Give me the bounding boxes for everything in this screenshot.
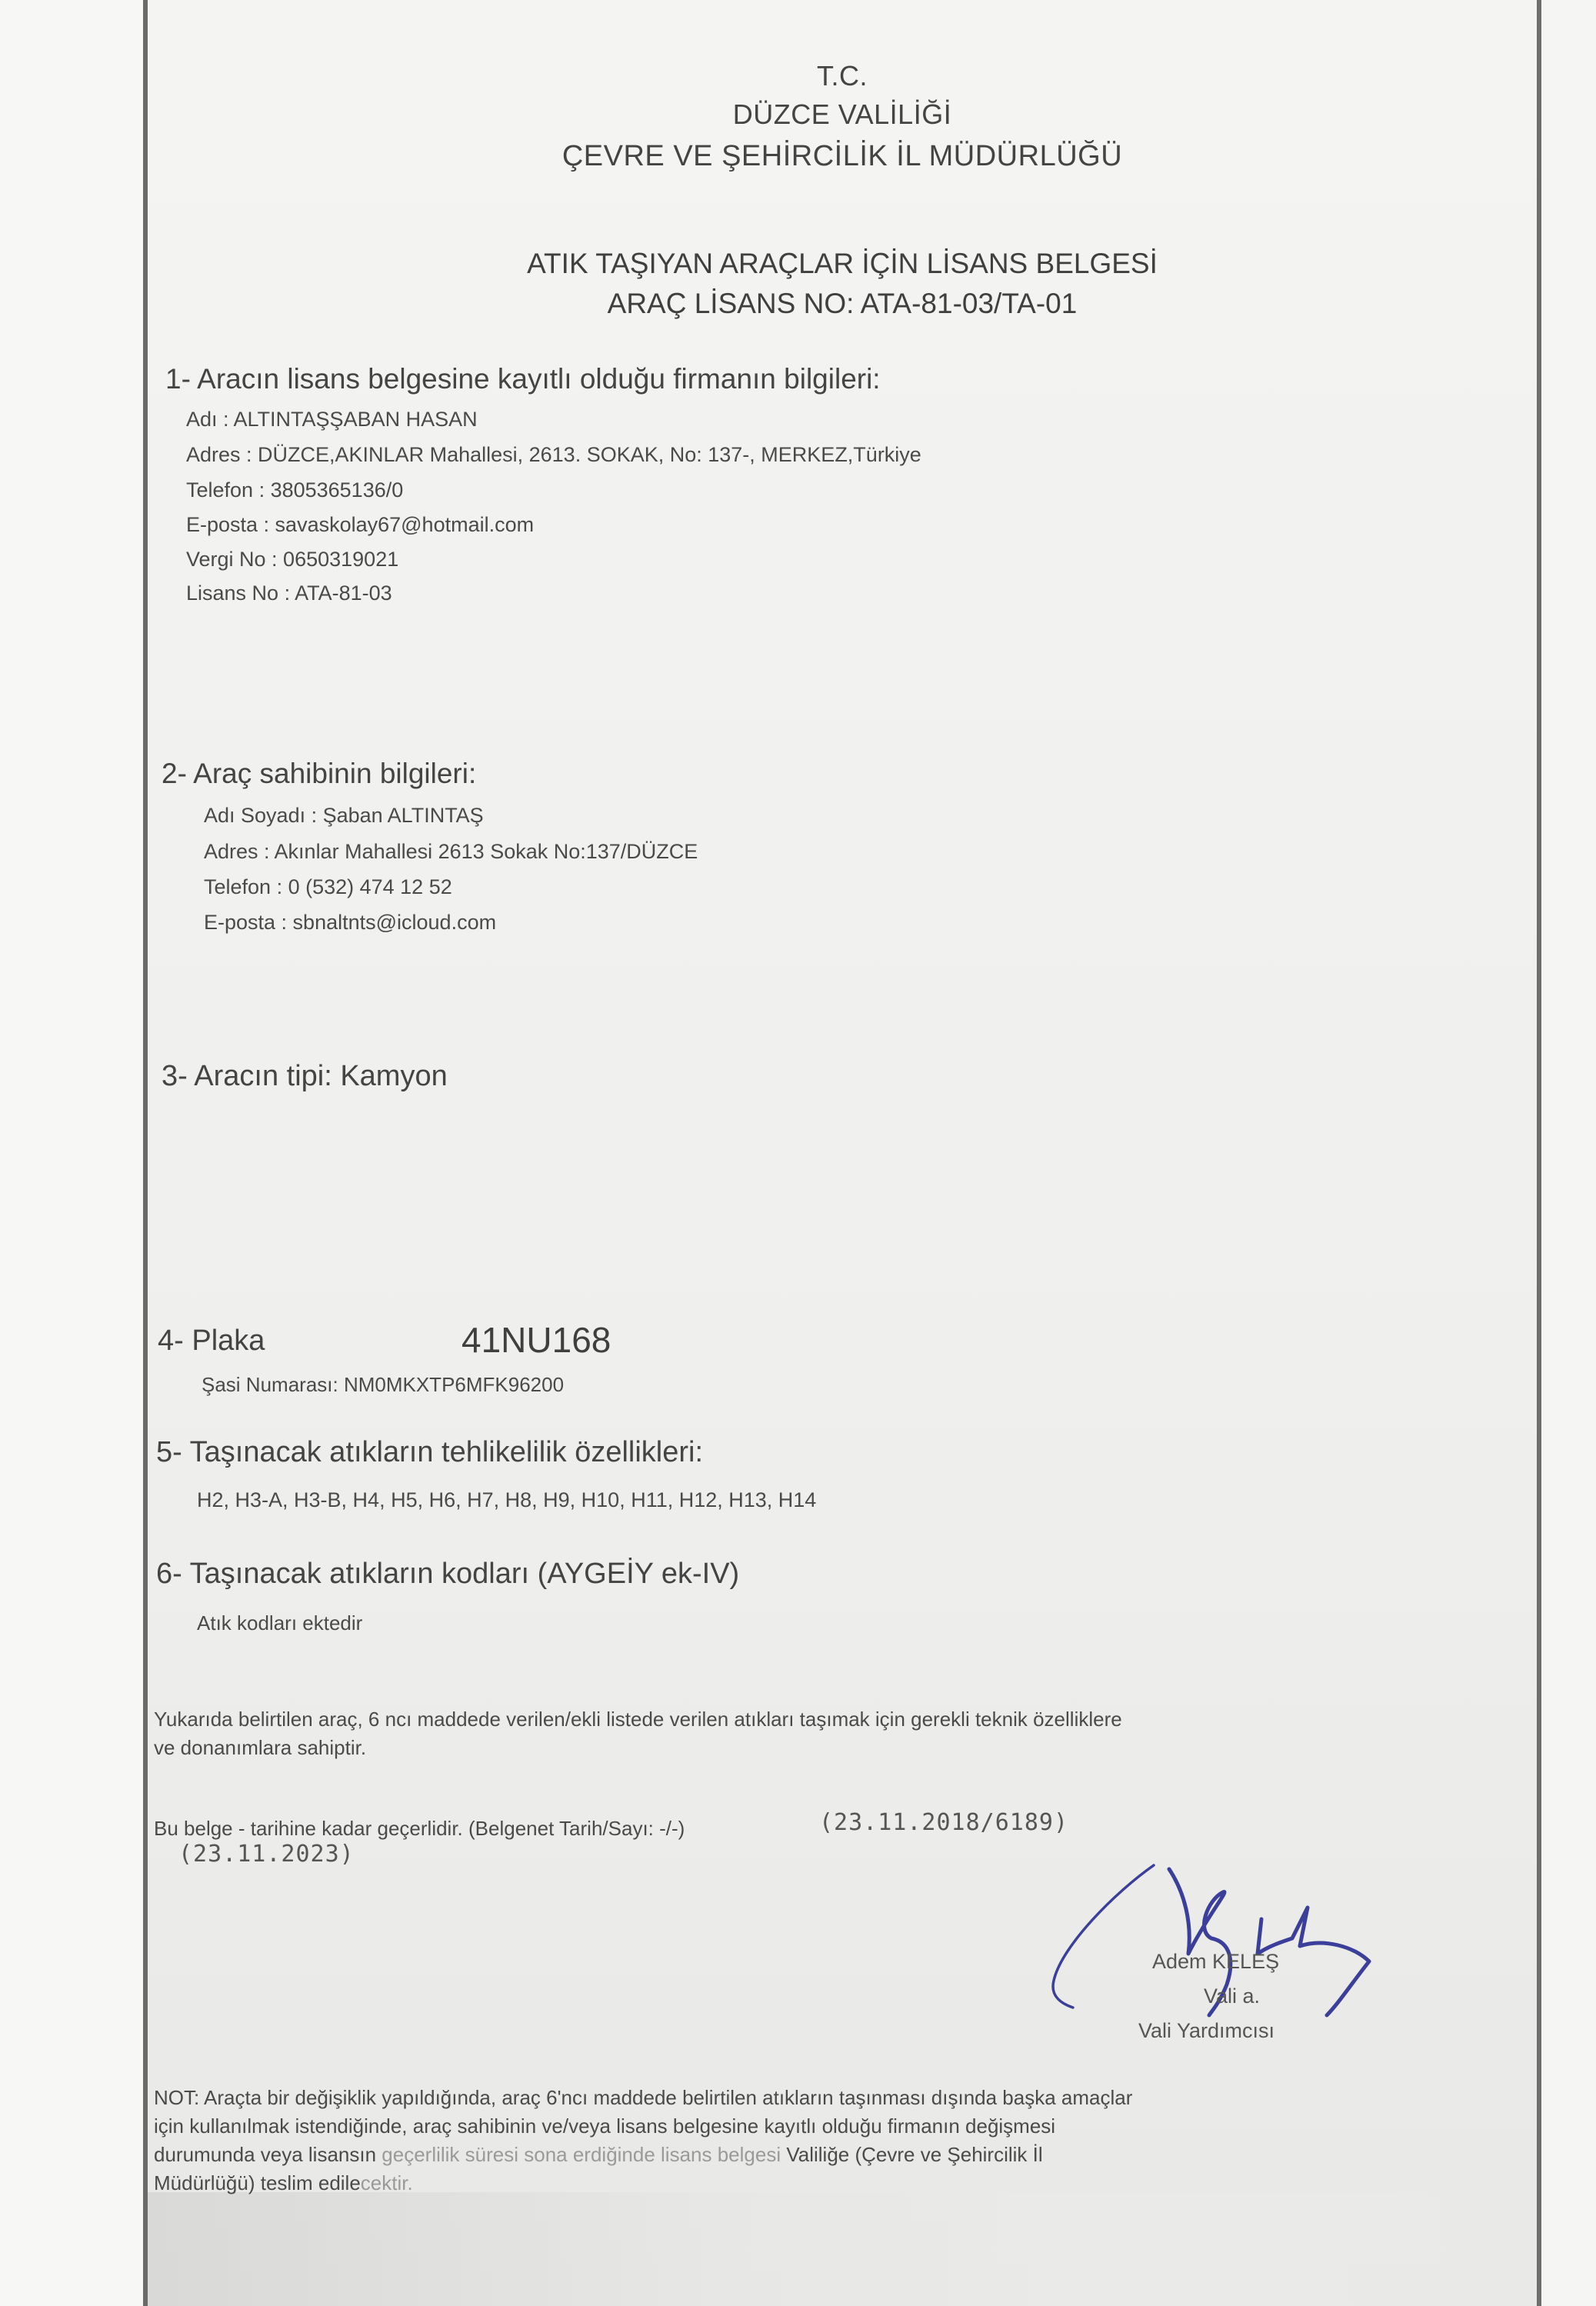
vehicle-type: 3- Aracın tipi: Kamyon [162, 1060, 448, 1093]
header-governorship: DÜZCE VALİLİĞİ [148, 98, 1537, 131]
section6-heading: 6- Taşınacak atıkların kodları (AYGEİY e… [156, 1558, 739, 1591]
signatory-title: Vali Yardımcısı [1138, 2019, 1274, 2043]
background-right [1541, 0, 1596, 2306]
chassis-number: Şasi Numarası: NM0MKXTP6MFK96200 [202, 1373, 564, 1397]
page-border-left [143, 0, 148, 2306]
statement-line2: ve donanımlara sahiptir. [154, 1736, 366, 1760]
plate-label: 4- Plaka [158, 1325, 265, 1358]
waste-codes-note: Atık kodları ektedir [197, 1611, 362, 1635]
signature-icon [1031, 1846, 1400, 2046]
note-line4-part2: cektir. [361, 2171, 413, 2194]
firm-license-no: Lisans No : ATA-81-03 [186, 581, 392, 605]
section5-heading: 5- Taşınacak atıkların tehlikelilik özel… [156, 1436, 703, 1469]
plate-number: 41NU168 [461, 1319, 611, 1361]
note-line3-part1: durumunda veya lisansın [154, 2143, 376, 2166]
owner-phone: Telefon : 0 (532) 474 12 52 [204, 875, 452, 899]
signatory-on-behalf: Vali a. [1204, 1984, 1260, 2008]
header-tc: T.C. [148, 60, 1537, 92]
page-border-right [1537, 0, 1541, 2306]
firm-phone: Telefon : 3805365136/0 [186, 478, 403, 502]
note-line1: NOT: Araçta bir değişiklik yapıldığında,… [154, 2086, 1132, 2110]
handwritten-expiry: (23.11.2023) [178, 1841, 355, 1868]
section2-heading: 2- Araç sahibinin bilgileri: [162, 758, 476, 790]
document-title: ATIK TAŞIYAN ARAÇLAR İÇİN LİSANS BELGESİ [148, 248, 1537, 280]
validity-text: Bu belge - tarihine kadar geçerlidir. (B… [154, 1817, 685, 1841]
firm-email: E-posta : savaskolay67@hotmail.com [186, 513, 534, 537]
note-line3: durumunda veya lisansın geçerlilik süres… [154, 2143, 1043, 2167]
note-line4: Müdürlüğü) teslim edilecektir. [154, 2171, 413, 2195]
firm-address: Adres : DÜZCE,AKINLAR Mahallesi, 2613. S… [186, 443, 921, 467]
note-line3-part2: geçerlilik süresi sona erdiğinde lisans … [376, 2143, 781, 2166]
owner-email: E-posta : sbnaltnts@icloud.com [204, 911, 496, 935]
note-line3-part3: Valiliğe (Çevre ve Şehircilik İl [781, 2143, 1043, 2166]
hazard-codes: H2, H3-A, H3-B, H4, H5, H6, H7, H8, H9, … [197, 1488, 816, 1512]
firm-tax-no: Vergi No : 0650319021 [186, 548, 398, 572]
license-number: ARAÇ LİSANS NO: ATA-81-03/TA-01 [148, 288, 1537, 320]
section1-heading: 1- Aracın lisans belgesine kayıtlı olduğ… [165, 363, 881, 395]
statement-line1: Yukarıda belirtilen araç, 6 ncı maddede … [154, 1708, 1122, 1731]
owner-name: Adı Soyadı : Şaban ALTINTAŞ [204, 804, 484, 828]
owner-address: Adres : Akınlar Mahallesi 2613 Sokak No:… [204, 840, 698, 864]
scan-shadow [148, 2192, 1537, 2306]
firm-name: Adı : ALTINTAŞŞABAN HASAN [186, 408, 478, 432]
note-line2: için kullanılmak istendiğinde, araç sahi… [154, 2114, 1055, 2138]
background-left [0, 0, 143, 2306]
note-line4-part1: Müdürlüğü) teslim edile [154, 2171, 361, 2194]
signatory-name: Adem KELEŞ [1152, 1950, 1279, 1974]
header-directorate: ÇEVRE VE ŞEHİRCİLİK İL MÜDÜRLÜĞÜ [148, 140, 1537, 173]
handwritten-reference: (23.11.2018/6189) [819, 1809, 1068, 1836]
